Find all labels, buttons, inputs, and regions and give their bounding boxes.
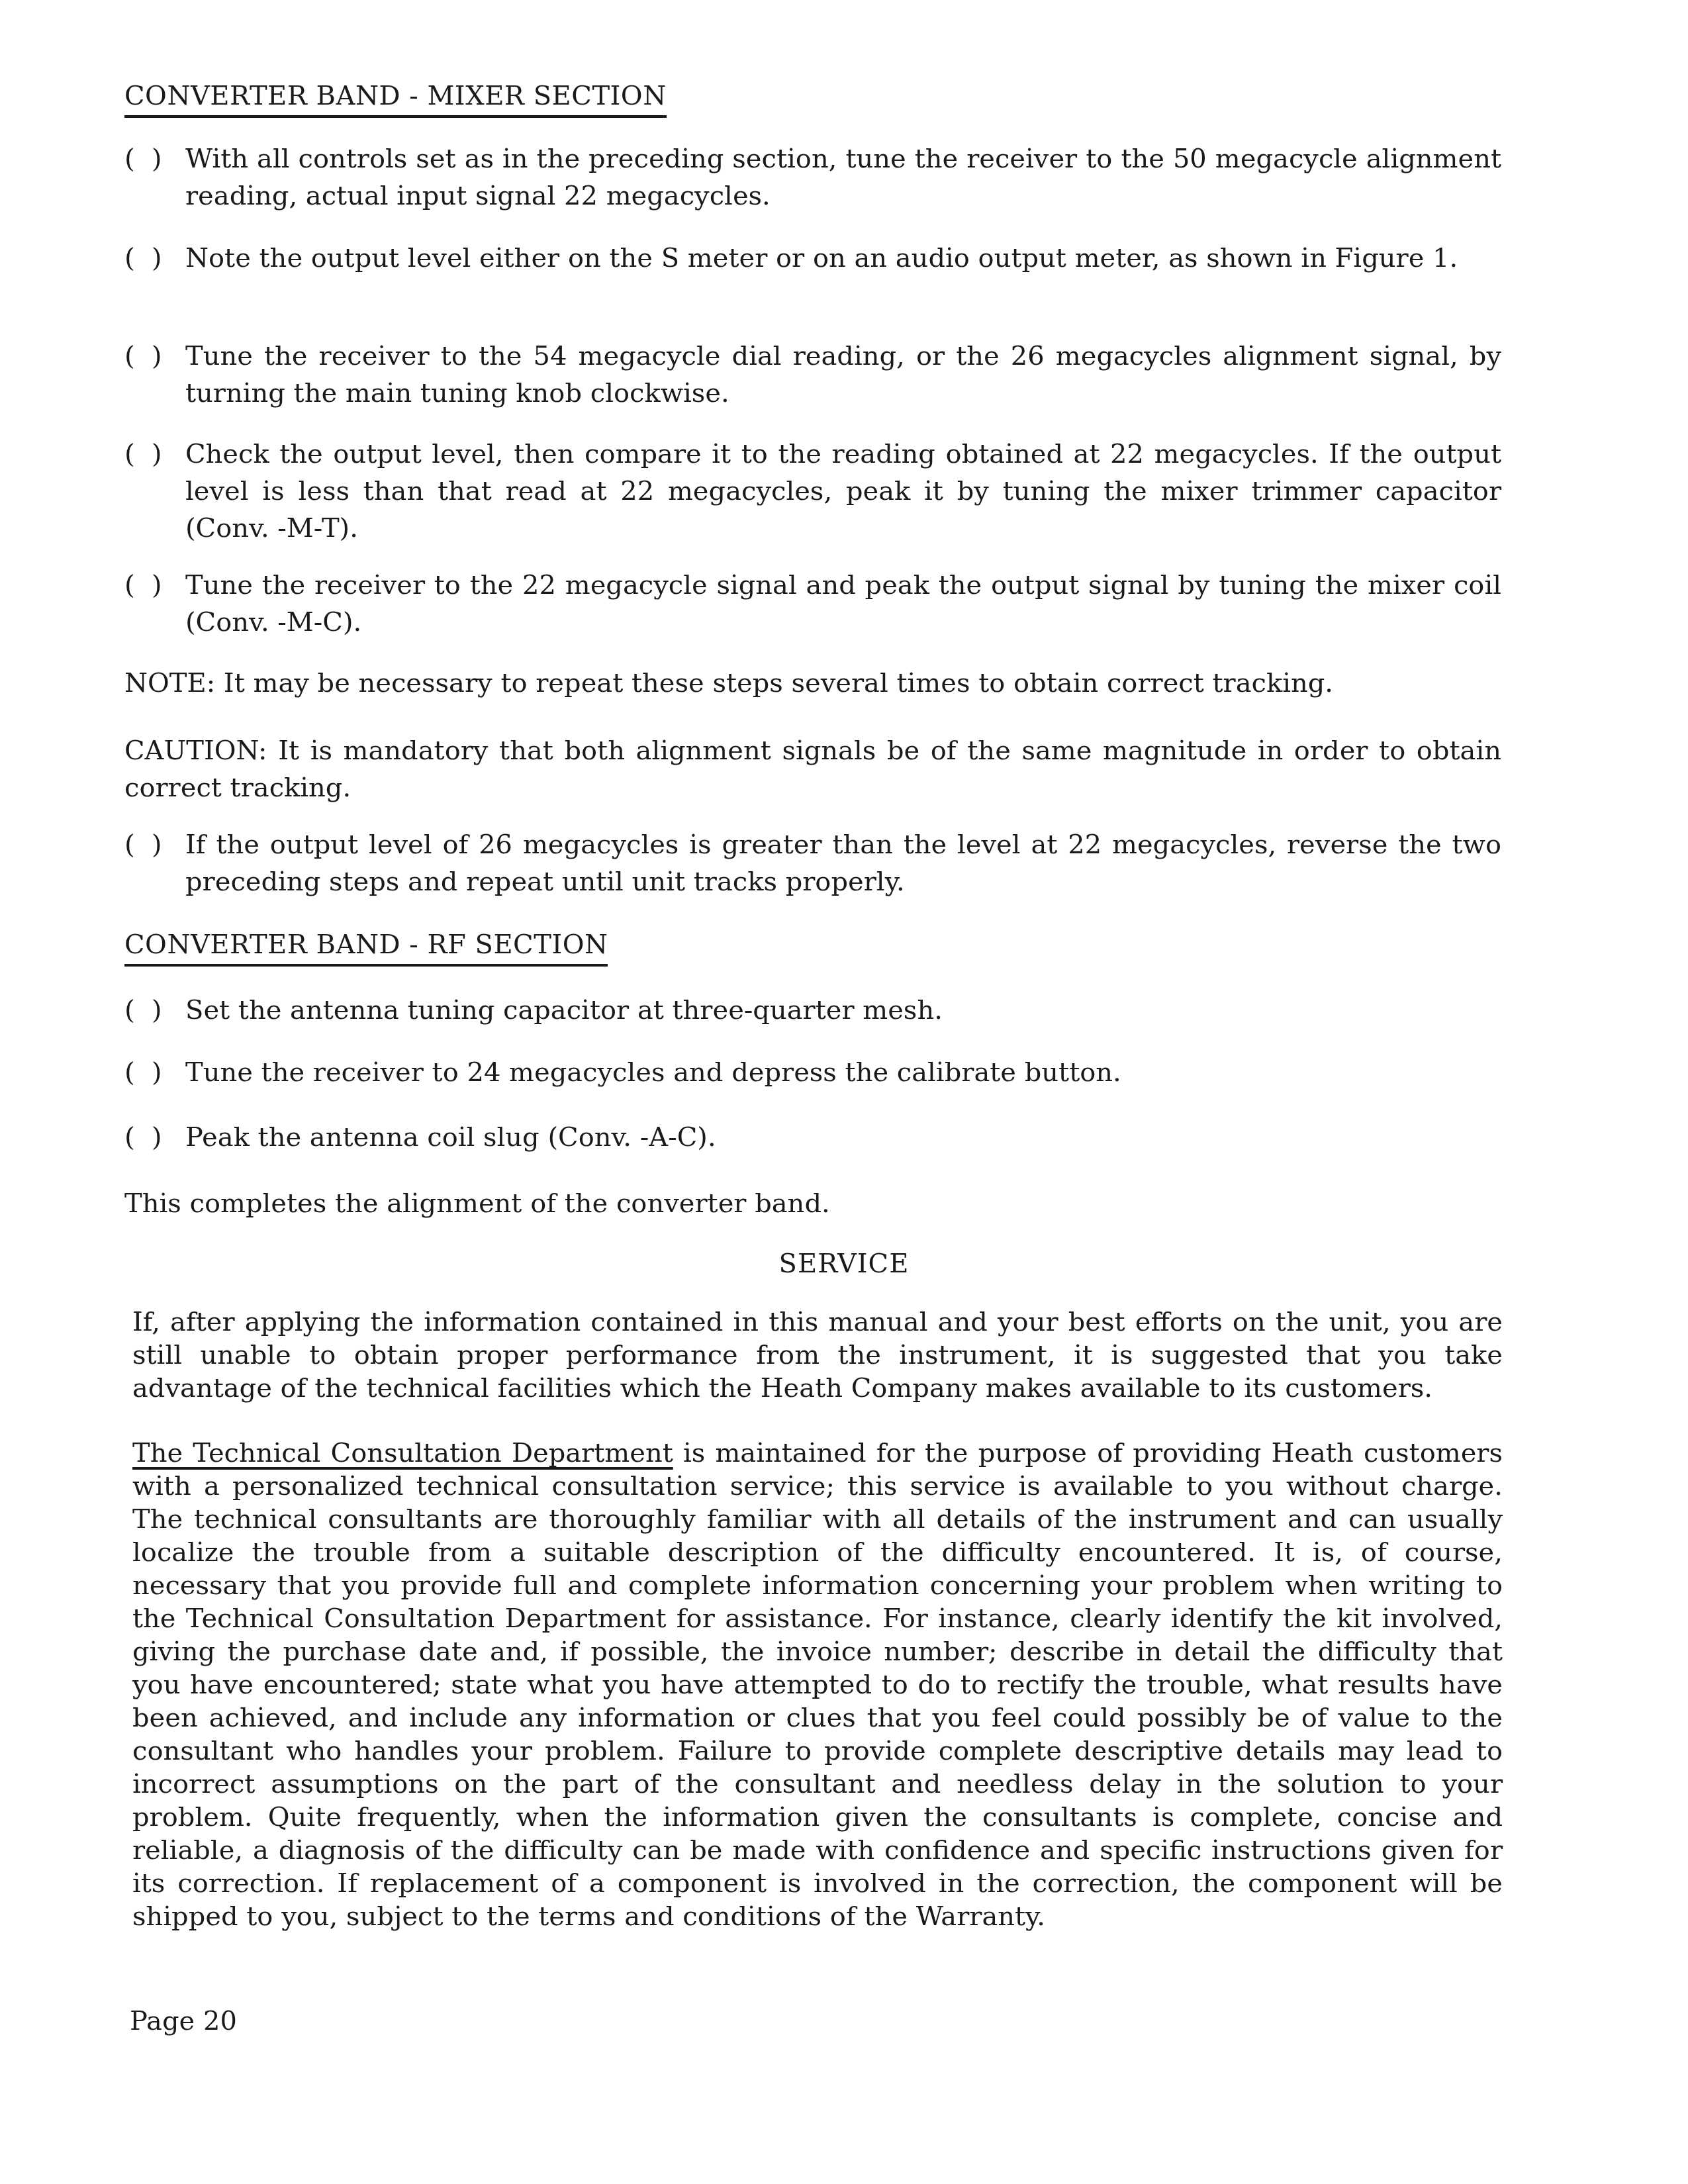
step-text: If the output level of 26 megacycles is … — [185, 826, 1501, 900]
department-text: is maintained for the purpose of providi… — [132, 1438, 1503, 1932]
service-title: SERVICE — [0, 1249, 1688, 1279]
department-name: The Technical Consultation Department — [132, 1438, 673, 1468]
rf-step-1: ( ) Set the antenna tuning capacitor at … — [124, 992, 1501, 1029]
checkbox[interactable]: ( ) — [124, 140, 177, 177]
manual-page: CONVERTER BAND - MIXER SECTION ( ) With … — [0, 0, 1688, 2184]
checkbox[interactable]: ( ) — [124, 992, 177, 1029]
checkbox[interactable]: ( ) — [124, 1119, 177, 1156]
checkbox[interactable]: ( ) — [124, 240, 177, 277]
step-text: Check the output level, then compare it … — [185, 436, 1501, 547]
step-text: Tune the receiver to the 22 megacycle si… — [185, 567, 1501, 641]
step-text: With all controls set as in the precedin… — [185, 140, 1501, 214]
service-department-paragraph: The Technical Consultation Department is… — [132, 1437, 1503, 1933]
step-text: Set the antenna tuning capacitor at thre… — [185, 992, 1501, 1029]
mixer-step-1: ( ) With all controls set as in the prec… — [124, 140, 1501, 214]
mixer-step-4: ( ) Check the output level, then compare… — [124, 436, 1501, 547]
checkbox[interactable]: ( ) — [124, 567, 177, 604]
rf-step-2: ( ) Tune the receiver to 24 megacycles a… — [124, 1054, 1501, 1091]
service-intro: If, after applying the information conta… — [132, 1306, 1503, 1405]
mixer-step-5: ( ) Tune the receiver to the 22 megacycl… — [124, 567, 1501, 641]
mixer-step-final: ( ) If the output level of 26 megacycles… — [124, 826, 1501, 900]
rf-step-3: ( ) Peak the antenna coil slug (Conv. -A… — [124, 1119, 1501, 1156]
rf-section-heading: CONVERTER BAND - RF SECTION — [124, 929, 608, 967]
mixer-step-2: ( ) Note the output level either on the … — [124, 240, 1501, 277]
caution-text: CAUTION: It is mandatory that both align… — [124, 732, 1501, 806]
mixer-step-3: ( ) Tune the receiver to the 54 megacycl… — [124, 338, 1501, 412]
checkbox[interactable]: ( ) — [124, 436, 177, 473]
note-text: NOTE: It may be necessary to repeat thes… — [124, 665, 1501, 702]
step-text: Tune the receiver to 24 megacycles and d… — [185, 1054, 1501, 1091]
step-text: Note the output level either on the S me… — [185, 240, 1501, 277]
checkbox[interactable]: ( ) — [124, 338, 177, 375]
mixer-section-heading: CONVERTER BAND - MIXER SECTION — [124, 81, 667, 118]
checkbox[interactable]: ( ) — [124, 1054, 177, 1091]
step-text: Tune the receiver to the 54 megacycle di… — [185, 338, 1501, 412]
step-text: Peak the antenna coil slug (Conv. -A-C). — [185, 1119, 1501, 1156]
completion-text: This completes the alignment of the conv… — [124, 1185, 1501, 1222]
page-number: Page 20 — [130, 2006, 237, 2036]
checkbox[interactable]: ( ) — [124, 826, 177, 863]
